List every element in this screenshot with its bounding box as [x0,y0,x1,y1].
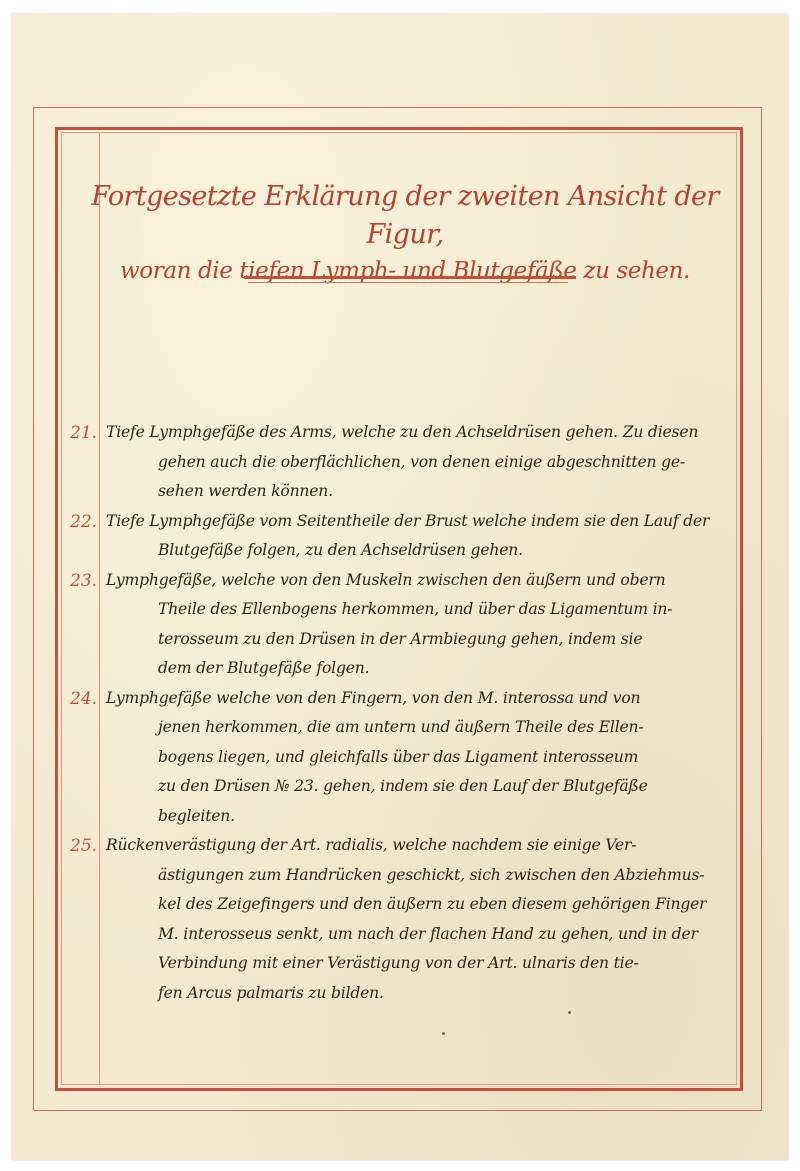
entry-line: zu den Drüsen № 23. gehen, indem sie den… [106,772,742,802]
entry-line: begleiten. [106,802,742,832]
entry-line: kel des Zeigefingers und den äußern zu e… [106,890,742,920]
entry-line: Lymphgefäße, welche von den Muskeln zwis… [106,566,742,596]
entry-list: 21. Tiefe Lymphgefäße des Arms, welche z… [70,418,742,1008]
entry-number: 25. [70,831,98,861]
entry-number: 22. [70,507,98,537]
paper-speck [442,1032,445,1035]
entry-line: terosseum zu den Drüsen in der Armbiegun… [106,625,742,655]
entry-line: dem der Blutgefäße folgen. [106,654,742,684]
entry-line: fen Arcus palmaris zu bilden. [106,979,742,1009]
entry-line: Blutgefäße folgen, zu den Achseldrüsen g… [106,536,742,566]
entry-21: 21. Tiefe Lymphgefäße des Arms, welche z… [70,418,742,507]
entry-line: gehen auch die oberflächlichen, von dene… [106,448,742,478]
entry-line: Tiefe Lymphgefäße des Arms, welche zu de… [106,418,742,448]
entry-number: 24. [70,684,98,714]
entry-line: bogens liegen, und gleichfalls über das … [106,743,742,773]
page-title: Fortgesetzte Erklärung der zweiten Ansic… [90,178,720,288]
entry-23: 23. Lymphgefäße, welche von den Muskeln … [70,566,742,684]
entry-line: M. interosseus senkt, um nach der flache… [106,920,742,950]
entry-24: 24. Lymphgefäße welche von den Fingern, … [70,684,742,832]
entry-line: Theile des Ellenbogens herkommen, und üb… [106,595,742,625]
title-divider-thick [244,276,576,279]
entry-line: Tiefe Lymphgefäße vom Seitentheile der B… [106,507,742,537]
entry-number: 23. [70,566,98,596]
entry-number: 21. [70,418,98,448]
paper-speck [568,1011,571,1014]
title-divider-thin [248,282,568,283]
entry-line: sehen werden können. [106,477,742,507]
entry-line: jenen herkommen, die am untern und äußer… [106,713,742,743]
entry-line: Lymphgefäße welche von den Fingern, von … [106,684,742,714]
entry-line: Verbindung mit einer Verästigung von der… [106,949,742,979]
entry-25: 25. Rückenverästigung der Art. radialis,… [70,831,742,1008]
title-line-1: Fortgesetzte Erklärung der zweiten Ansic… [90,178,720,254]
entry-22: 22. Tiefe Lymphgefäße vom Seitentheile d… [70,507,742,566]
entry-line: ästigungen zum Handrücken geschickt, sic… [106,861,742,891]
entry-line: Rückenverästigung der Art. radialis, wel… [106,831,742,861]
